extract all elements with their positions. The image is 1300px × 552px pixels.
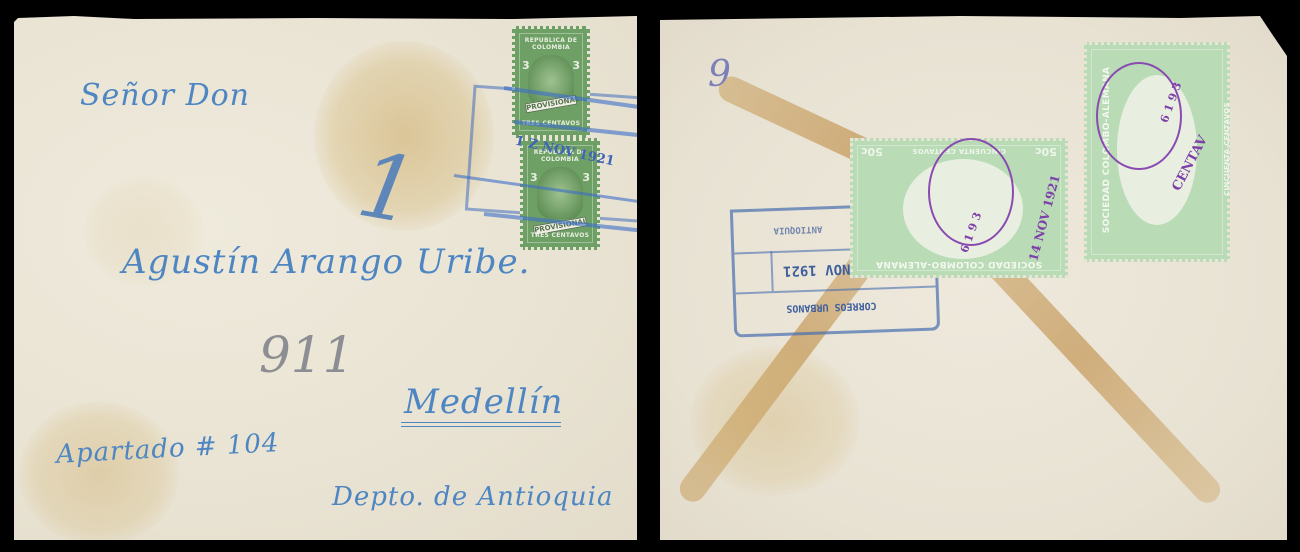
pencil-mark: 9 [708, 54, 731, 95]
city-underline [401, 426, 561, 427]
city-underline [401, 422, 561, 423]
stain [19, 401, 179, 540]
salutation: Señor Don [80, 78, 250, 113]
department: Depto. de Antioquia [332, 482, 614, 512]
stain [690, 346, 860, 496]
city: Medellín [404, 382, 563, 422]
envelope-back: 9 ANTIOQUIA 17 NOV 1921 CORREOS URBANOS … [660, 16, 1287, 540]
envelope-front: Señor Don Agustín Arango Uribe. 911 1 Me… [14, 16, 637, 540]
recipient-name: Agustín Arango Uribe. [122, 242, 530, 282]
pencil-number: 911 [259, 326, 354, 384]
